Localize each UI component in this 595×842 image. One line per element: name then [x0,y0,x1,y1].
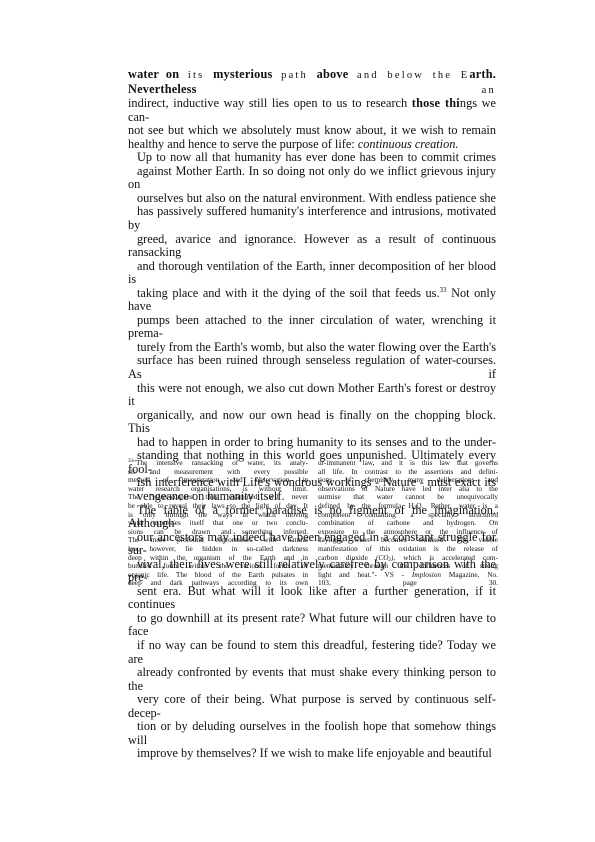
text-line: taking place and with it the dying of th… [128,287,496,314]
text-line: Up to now all that humanity has ever don… [128,151,496,165]
text-line: sent era. But what will it look like aft… [128,585,496,612]
paragraph-1-line-3: not see but which we absolutely must kno… [128,124,496,138]
bold-text-fragment: above [317,67,349,81]
text-line: surface has been ruined through senseles… [128,354,496,381]
text-line: improve by themselves? If we wish to mak… [128,747,496,761]
text-line: if no way can be found to stem this drea… [128,639,496,666]
text-line: already confronted by events that must s… [128,666,496,693]
footnote-column-left: 33"The intensive ransacking of water, it… [128,459,308,588]
spaced-text-fragment: its [179,70,213,81]
spaced-text-fragment: and below the E [348,70,469,81]
text-line: had to happen in order to bring humanity… [128,436,496,450]
footnote-citation-page: 103, page 30. [318,579,498,588]
paragraph-1-line-1: water on its mysterious path above and b… [128,68,496,97]
text-line: tion or by deluding ourselves in the foo… [128,720,496,747]
paragraph-2: Up to now all that humanity has ever don… [128,151,496,503]
paragraph-1-line-2: indirect, inductive way still lies open … [128,97,496,124]
text-line: against Mother Earth. In so doing not on… [128,165,496,192]
document-page: water on its mysterious path above and b… [128,68,496,761]
paragraph-1: water on its mysterious path above and b… [128,68,496,151]
bold-text-fragment: mysterious [213,67,272,81]
footnote-reference[interactable]: 33 [440,286,447,294]
spaced-text-fragment: path [272,70,316,81]
text-line: organically, and now our own head is fin… [128,409,496,436]
footnote-column-right: ur-immanent law, and it is this law that… [318,459,498,588]
text-line: ourselves but also on the natural enviro… [128,192,496,206]
paragraph-1-line-4: healthy and hence to serve the purpose o… [128,138,496,152]
text-line: pumps been attached to the inner circula… [128,314,496,341]
text-line: has passively suffered humanity's interf… [128,205,496,232]
text-line: greed, avarice and ignorance. However as… [128,233,496,260]
text-line: and thorough ventilation of the Earth, i… [128,260,496,287]
italic-emphasis: continuous creation. [358,137,459,151]
bold-text-fragment: water on [128,67,179,81]
body-text: water on its mysterious path above and b… [128,68,496,761]
spaced-text-fragment: an [197,85,496,96]
footnote-33: 33"The intensive ransacking of water, it… [128,459,498,588]
footnote-line: deep and dark pathways according to its … [128,579,308,588]
bold-text-fragment: those thi [412,96,460,110]
text-line: very core of their being. What purpose i… [128,693,496,720]
text-line: turely from the Earth's womb, but also t… [128,341,496,355]
text-line: this were not enough, we also cut down M… [128,382,496,409]
text-line: to go downhill at its present rate? What… [128,612,496,639]
